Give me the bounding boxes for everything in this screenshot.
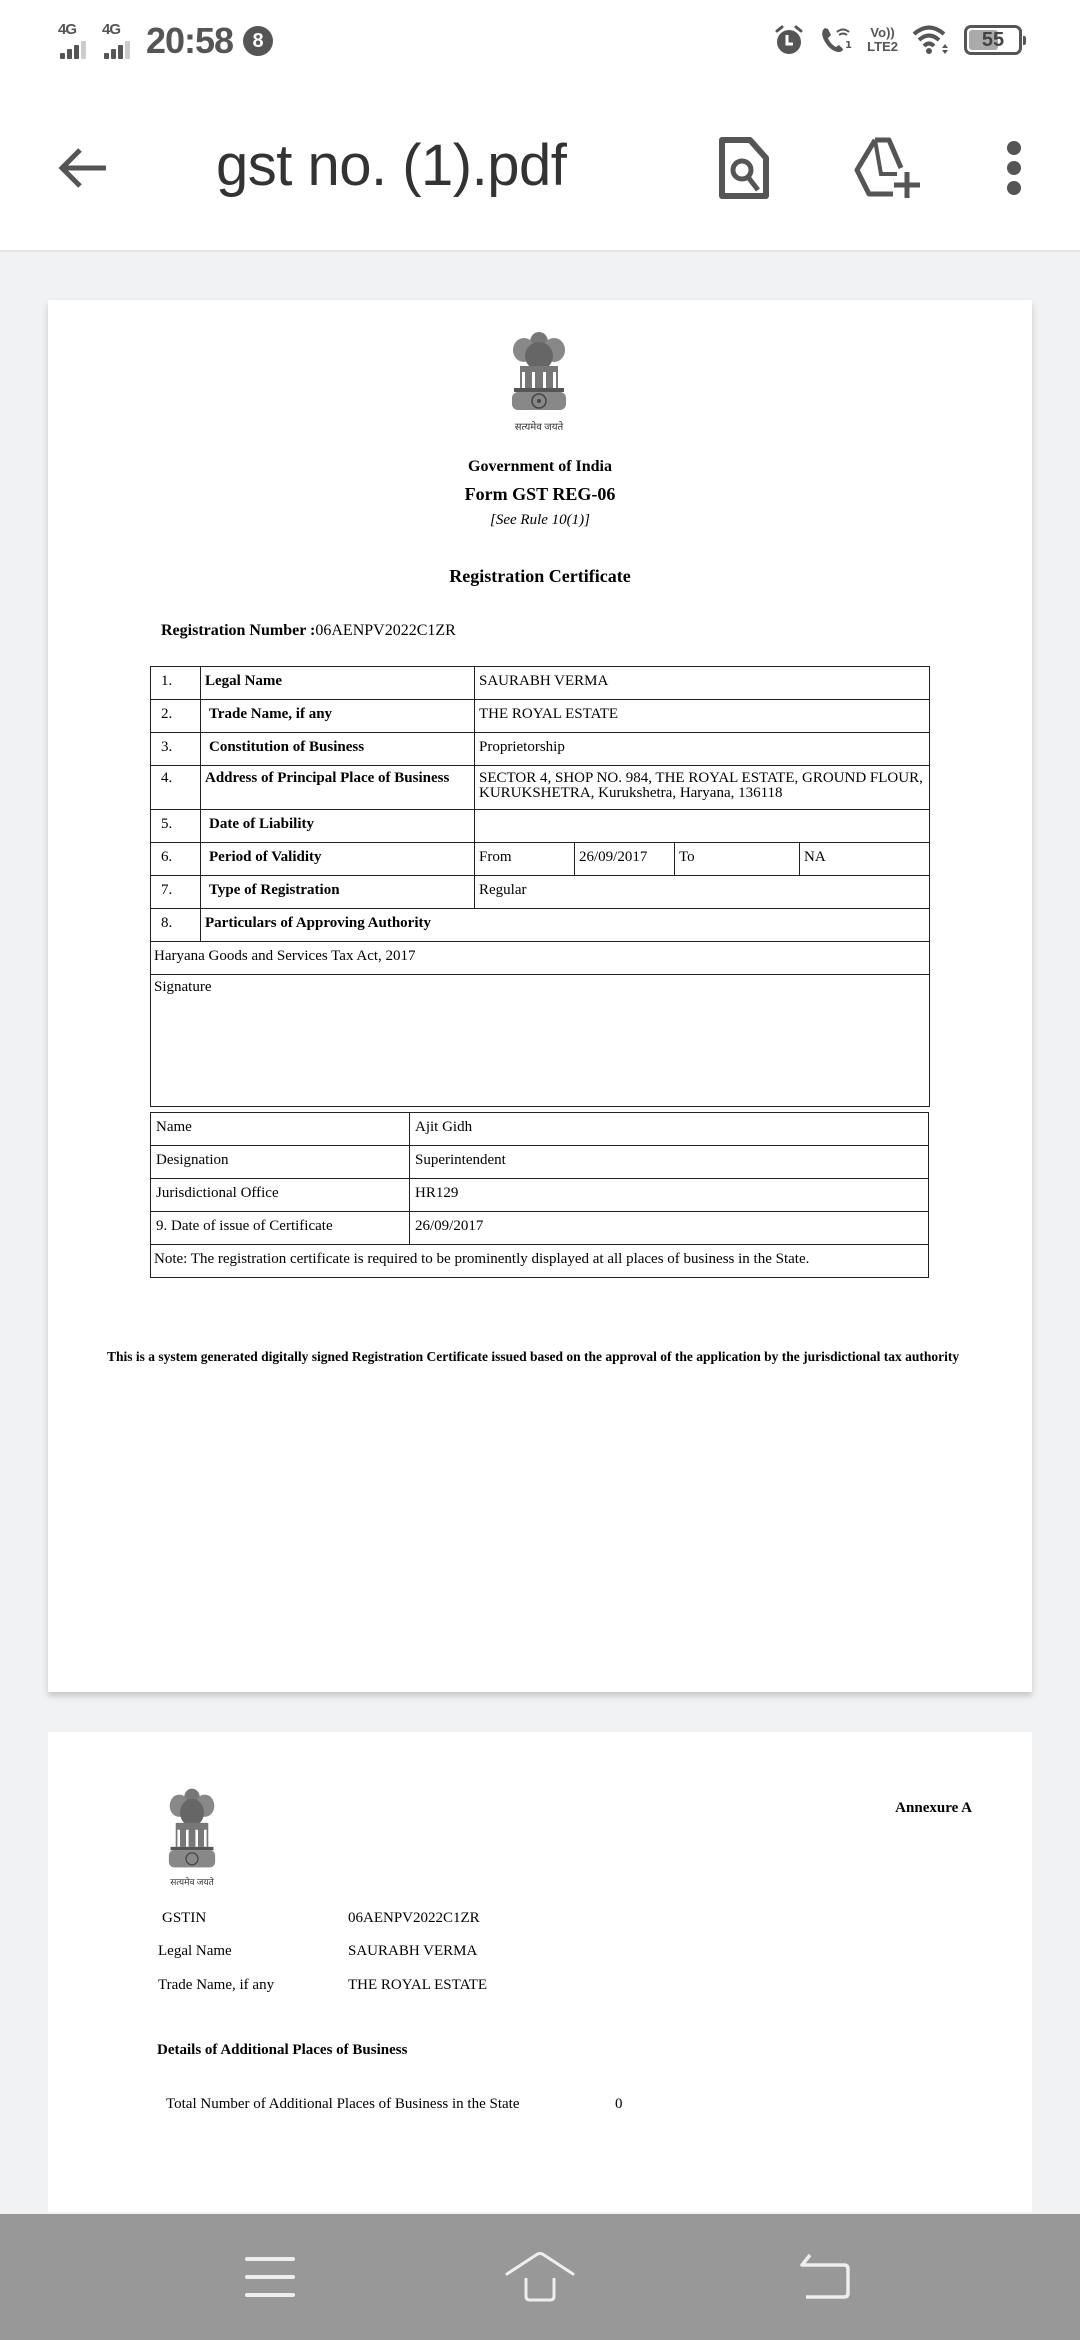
- find-in-document-button[interactable]: [708, 132, 780, 204]
- back-nav-button[interactable]: [784, 2244, 864, 2310]
- recents-menu-icon: [244, 2256, 296, 2298]
- certificate-table: 1. Legal Name SAURABH VERMA 2. Trade Nam…: [150, 666, 930, 1107]
- additional-places-label: Total Number of Additional Places of Bus…: [166, 2096, 519, 2113]
- table-row: Designation Superintendent: [151, 1146, 929, 1179]
- network-type-1: 4G: [58, 21, 76, 38]
- validity-from-value: 26/09/2017: [575, 843, 675, 876]
- table-row: 1. Legal Name SAURABH VERMA: [151, 667, 930, 700]
- table-row: 7. Type of Registration Regular: [151, 876, 930, 909]
- act-name: Haryana Goods and Services Tax Act, 2017: [151, 942, 930, 975]
- trade-name-value: THE ROYAL ESTATE: [475, 700, 930, 733]
- table-row: Jurisdictional Office HR129: [151, 1179, 929, 1212]
- table-row: Name Ajit Gidh: [151, 1113, 929, 1146]
- app-bar: gst no. (1).pdf: [0, 84, 1080, 252]
- alarm-icon: [773, 24, 805, 56]
- back-button[interactable]: [50, 134, 118, 202]
- status-bar: 4G 4G 20:58 8 1 Vo)) LTE2: [0, 0, 1080, 84]
- table-row: 8. Particulars of Approving Authority: [151, 909, 930, 942]
- header-government: Government of India: [48, 458, 1032, 476]
- gstin-label: GSTIN: [162, 1910, 206, 1927]
- svg-text:1: 1: [845, 40, 852, 51]
- constitution-value: Proprietorship: [475, 733, 930, 766]
- jurisdictional-office-value: HR129: [410, 1179, 929, 1212]
- header-form-name: Form GST REG-06: [48, 484, 1032, 505]
- ashoka-emblem-icon: [504, 330, 574, 414]
- annexure-label: Annexure A: [895, 1800, 972, 1817]
- legal-name-label: Legal Name: [158, 1943, 232, 1960]
- back-icon: [796, 2253, 852, 2301]
- status-left: 4G 4G 20:58 8: [58, 20, 273, 62]
- table-row: 3. Constitution of Business Proprietorsh…: [151, 733, 930, 766]
- display-note: Note: The registration certificate is re…: [151, 1245, 929, 1278]
- gstin-value: 06AENPV2022C1ZR: [348, 1910, 480, 1927]
- trade-name-label: Trade Name, if any: [158, 1977, 274, 1994]
- battery-icon: 55: [964, 25, 1022, 55]
- volte-icon: Vo)) LTE2: [867, 26, 898, 54]
- registration-type-value: Regular: [475, 876, 930, 909]
- designation-value: Superintendent: [410, 1146, 929, 1179]
- national-emblem: सत्यमेव जयते: [504, 330, 574, 433]
- authority-table: Name Ajit Gidh Designation Superintenden…: [150, 1112, 929, 1278]
- authority-name-value: Ajit Gidh: [410, 1113, 929, 1146]
- table-row: 9. Date of issue of Certificate 26/09/20…: [151, 1212, 929, 1245]
- table-row: 6. Period of Validity From 26/09/2017 To…: [151, 843, 930, 876]
- legal-name-value: SAURABH VERMA: [348, 1943, 477, 1960]
- find-in-document-icon: [718, 136, 770, 200]
- wifi-icon: [912, 24, 950, 56]
- pdf-page-2: सत्यमेव जयते Annexure A GSTIN 06AENPV202…: [48, 1732, 1032, 2212]
- home-icon: [504, 2252, 576, 2302]
- recents-button[interactable]: [230, 2244, 310, 2310]
- emblem-motto: सत्यमेव जयते: [504, 419, 574, 433]
- add-to-drive-icon: [853, 136, 923, 200]
- date-of-liability-value: [475, 810, 930, 843]
- address-value: SECTOR 4, SHOP NO. 984, THE ROYAL ESTATE…: [475, 766, 930, 810]
- more-options-button[interactable]: [978, 132, 1050, 204]
- battery-percent: 55: [982, 29, 1004, 52]
- add-to-drive-button[interactable]: [852, 132, 924, 204]
- table-row: 2. Trade Name, if any THE ROYAL ESTATE: [151, 700, 930, 733]
- network-type-2: 4G: [102, 21, 120, 38]
- more-vert-icon: [1006, 140, 1022, 196]
- legal-name-value: SAURABH VERMA: [475, 667, 930, 700]
- emblem-motto: सत्यमेव जयते: [162, 1875, 222, 1888]
- national-emblem: सत्यमेव जयते: [162, 1786, 222, 1888]
- additional-places-count: 0: [615, 2096, 623, 2113]
- table-row: Note: The registration certificate is re…: [151, 1245, 929, 1278]
- ashoka-emblem-icon: [162, 1786, 222, 1870]
- back-arrow-icon: [58, 142, 110, 194]
- signal-sim1-icon: 4G: [58, 21, 92, 61]
- signature-row: Signature: [151, 975, 930, 1107]
- notification-count-badge: 8: [243, 26, 273, 56]
- home-button[interactable]: [500, 2244, 580, 2310]
- table-row: 5. Date of Liability: [151, 810, 930, 843]
- table-row: 4. Address of Principal Place of Busines…: [151, 766, 930, 810]
- validity-to-value: NA: [800, 843, 930, 876]
- certificate-title: Registration Certificate: [48, 566, 1032, 587]
- document-title: gst no. (1).pdf: [216, 132, 566, 199]
- additional-places-title: Details of Additional Places of Business: [157, 2042, 407, 2059]
- registration-number: Registration Number :06AENPV2022C1ZR: [161, 622, 456, 640]
- system-generated-footnote: This is a system generated digitally sig…: [107, 1346, 987, 1368]
- signal-sim2-icon: 4G: [102, 21, 136, 61]
- table-row: Haryana Goods and Services Tax Act, 2017: [151, 942, 930, 975]
- header-rule: [See Rule 10(1)]: [48, 512, 1032, 529]
- navigation-bar: [0, 2214, 1080, 2340]
- pdf-page-1: सत्यमेव जयते Government of India Form GS…: [48, 300, 1032, 1692]
- wifi-calling-icon: 1: [819, 24, 853, 56]
- clock: 20:58: [146, 20, 233, 62]
- status-right: 1 Vo)) LTE2 55: [773, 24, 1022, 56]
- issue-date-value: 26/09/2017: [410, 1212, 929, 1245]
- signature-label: Signature: [151, 975, 930, 1107]
- trade-name-value: THE ROYAL ESTATE: [348, 1977, 487, 1994]
